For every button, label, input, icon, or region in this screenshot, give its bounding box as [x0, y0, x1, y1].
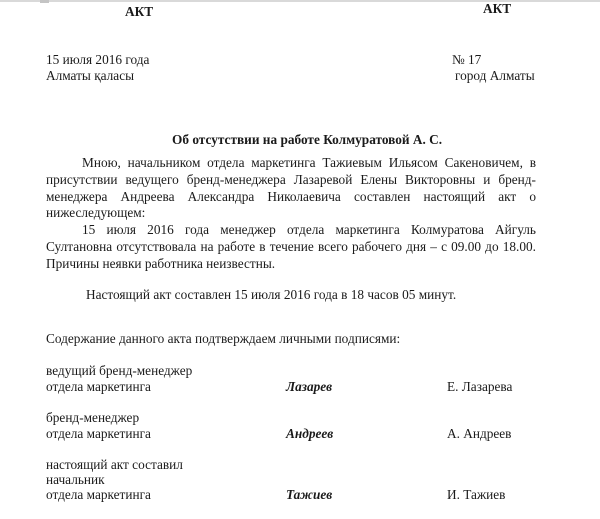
document-number: № 17 [452, 52, 481, 68]
paragraph-time: Настоящий акт составлен 15 июля 2016 год… [86, 287, 456, 303]
document-date: 15 июля 2016 года [46, 52, 149, 68]
title-right: АКТ [483, 1, 511, 17]
paragraph-absence: 15 июля 2016 года менеджер отдела маркет… [46, 222, 536, 272]
position-line: настоящий акт составил [46, 457, 183, 473]
position-line: отдела маркетинга [46, 426, 151, 442]
signer-name: А. Андреев [447, 426, 511, 442]
position-line: отдела маркетинга [46, 487, 151, 503]
title-left: АКТ [125, 4, 153, 20]
signature: Лазарев [286, 379, 332, 395]
signer-name: И. Тажиев [447, 487, 505, 503]
city-ru: город Алматы [455, 68, 535, 84]
signature: Андреев [286, 426, 333, 442]
position-line: отдела маркетинга [46, 379, 151, 395]
position-line: ведущий бренд-менеджер [46, 363, 192, 379]
position-line: начальник [46, 472, 105, 488]
ruler-marker [40, 0, 49, 3]
city-kz: Алматы қаласы [46, 68, 134, 84]
document-subject: Об отсутствии на работе Колмуратовой А. … [172, 132, 442, 148]
signature: Тажиев [286, 487, 332, 503]
signer-name: Е. Лазарева [447, 379, 512, 395]
position-line: бренд-менеджер [46, 410, 139, 426]
confirm-text: Содержание данного акта подтверждаем лич… [46, 331, 400, 347]
paragraph-intro: Мною, начальником отдела маркетинга Тажи… [46, 155, 536, 222]
